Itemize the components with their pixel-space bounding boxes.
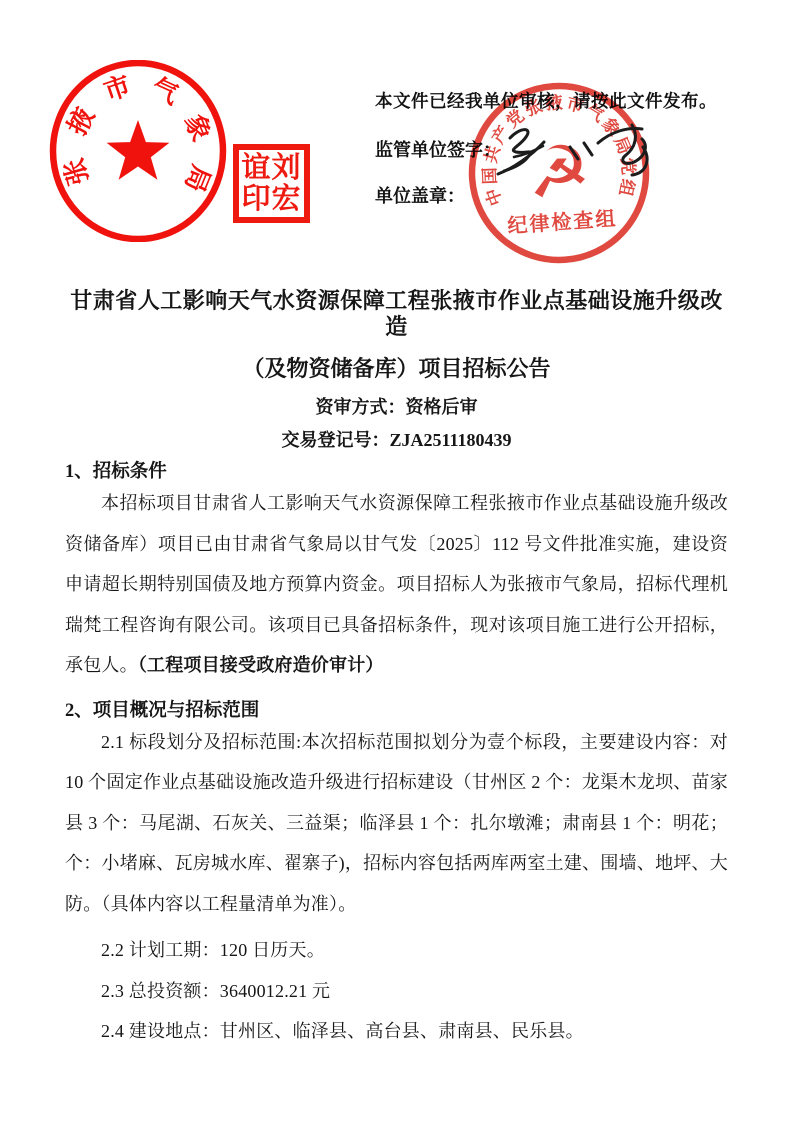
section2-1-line: 个：小堵麻、瓦房城水库、翟寨子)，招标内容包括两库两室土建、围墙、地坪、大门、消 <box>65 843 728 884</box>
approval-header: 张掖市气象局 谊刘 印宏 本文件已经我单位审核，请按此文件发布。 监管单位签字：… <box>0 0 793 272</box>
review-method: 资审方式：资格后审 <box>0 396 793 418</box>
section2-1-last-line: 防。（具体内容以工程量清单为准）。 <box>65 884 728 925</box>
star-icon <box>107 120 170 180</box>
name-seal-row2: 印宏 <box>241 184 301 215</box>
name-seal-row1: 谊刘 <box>241 153 301 184</box>
section1-line: 资储备库）项目已由甘肃省气象局以甘气发〔2025〕112 号文件批准实施，建设资… <box>65 524 728 565</box>
item-2-2: 2.2 计划工期：120 日历天。 <box>65 930 728 971</box>
svg-text:张: 张 <box>59 155 94 188</box>
section1-last-line: 承包人。（工程项目接受政府造价审计） <box>65 645 728 686</box>
bureau-round-seal-icon: 张掖市气象局 <box>48 60 228 242</box>
section1-last-bold: （工程项目接受政府造价审计） <box>138 655 384 675</box>
section2-heading: 2、项目概况与招标范围 <box>65 700 728 722</box>
document-title-line1: 甘肃省人工影响天气水资源保障工程张掖市作业点基础设施升级改造 <box>60 288 733 340</box>
svg-text:市: 市 <box>100 71 134 107</box>
section1-line: 申请超长期特别国债及地方预算内资金。项目招标人为张掖市气象局，招标代理机构为甘肃 <box>65 564 728 605</box>
section2-1-line: 县 3 个：马尾湖、石灰关、三益渠；临泽县 1 个：扎尔墩滩；肃南县 1 个：明… <box>65 803 728 844</box>
section1-last-normal: 承包人。 <box>65 655 138 675</box>
section1-line: 本招标项目甘肃省人工影响天气水资源保障工程张掖市作业点基础设施升级改造（及物 <box>65 483 728 524</box>
section2-1-line: 2.1 标段划分及招标范围:本次招标范围拟划分为壹个标段，主要建设内容：对所辖的 <box>65 722 728 763</box>
section1-line: 瑞梵工程咨询有限公司。该项目已具备招标条件，现对该项目施工进行公开招标，择优选定 <box>65 605 728 646</box>
svg-text:气: 气 <box>147 72 183 110</box>
svg-text:掖: 掖 <box>544 92 563 113</box>
name-square-seal: 谊刘 印宏 <box>233 144 310 223</box>
item-2-4: 2.4 建设地点：甘州区、临泽县、高台县、肃南县、民乐县。 <box>65 1011 728 1052</box>
registration-number: 交易登记号：ZJA2511180439 <box>0 429 793 451</box>
item-2-3: 2.3 总投资额：3640012.21 元 <box>65 971 728 1012</box>
svg-text:市: 市 <box>565 93 586 116</box>
handwritten-signature <box>480 116 684 200</box>
svg-text:局: 局 <box>179 161 216 196</box>
svg-text:象: 象 <box>179 111 216 146</box>
document-title-line2: （及物资储备库）项目招标公告 <box>60 356 733 382</box>
section2-1-line: 10 个固定作业点基础设施改造升级进行招标建设（甘州区 2 个：龙渠木龙坝、苗家… <box>65 762 728 803</box>
document-page: 张掖市气象局 谊刘 印宏 本文件已经我单位审核，请按此文件发布。 监管单位签字：… <box>0 0 793 1122</box>
section1-heading: 1、招标条件 <box>65 461 728 483</box>
